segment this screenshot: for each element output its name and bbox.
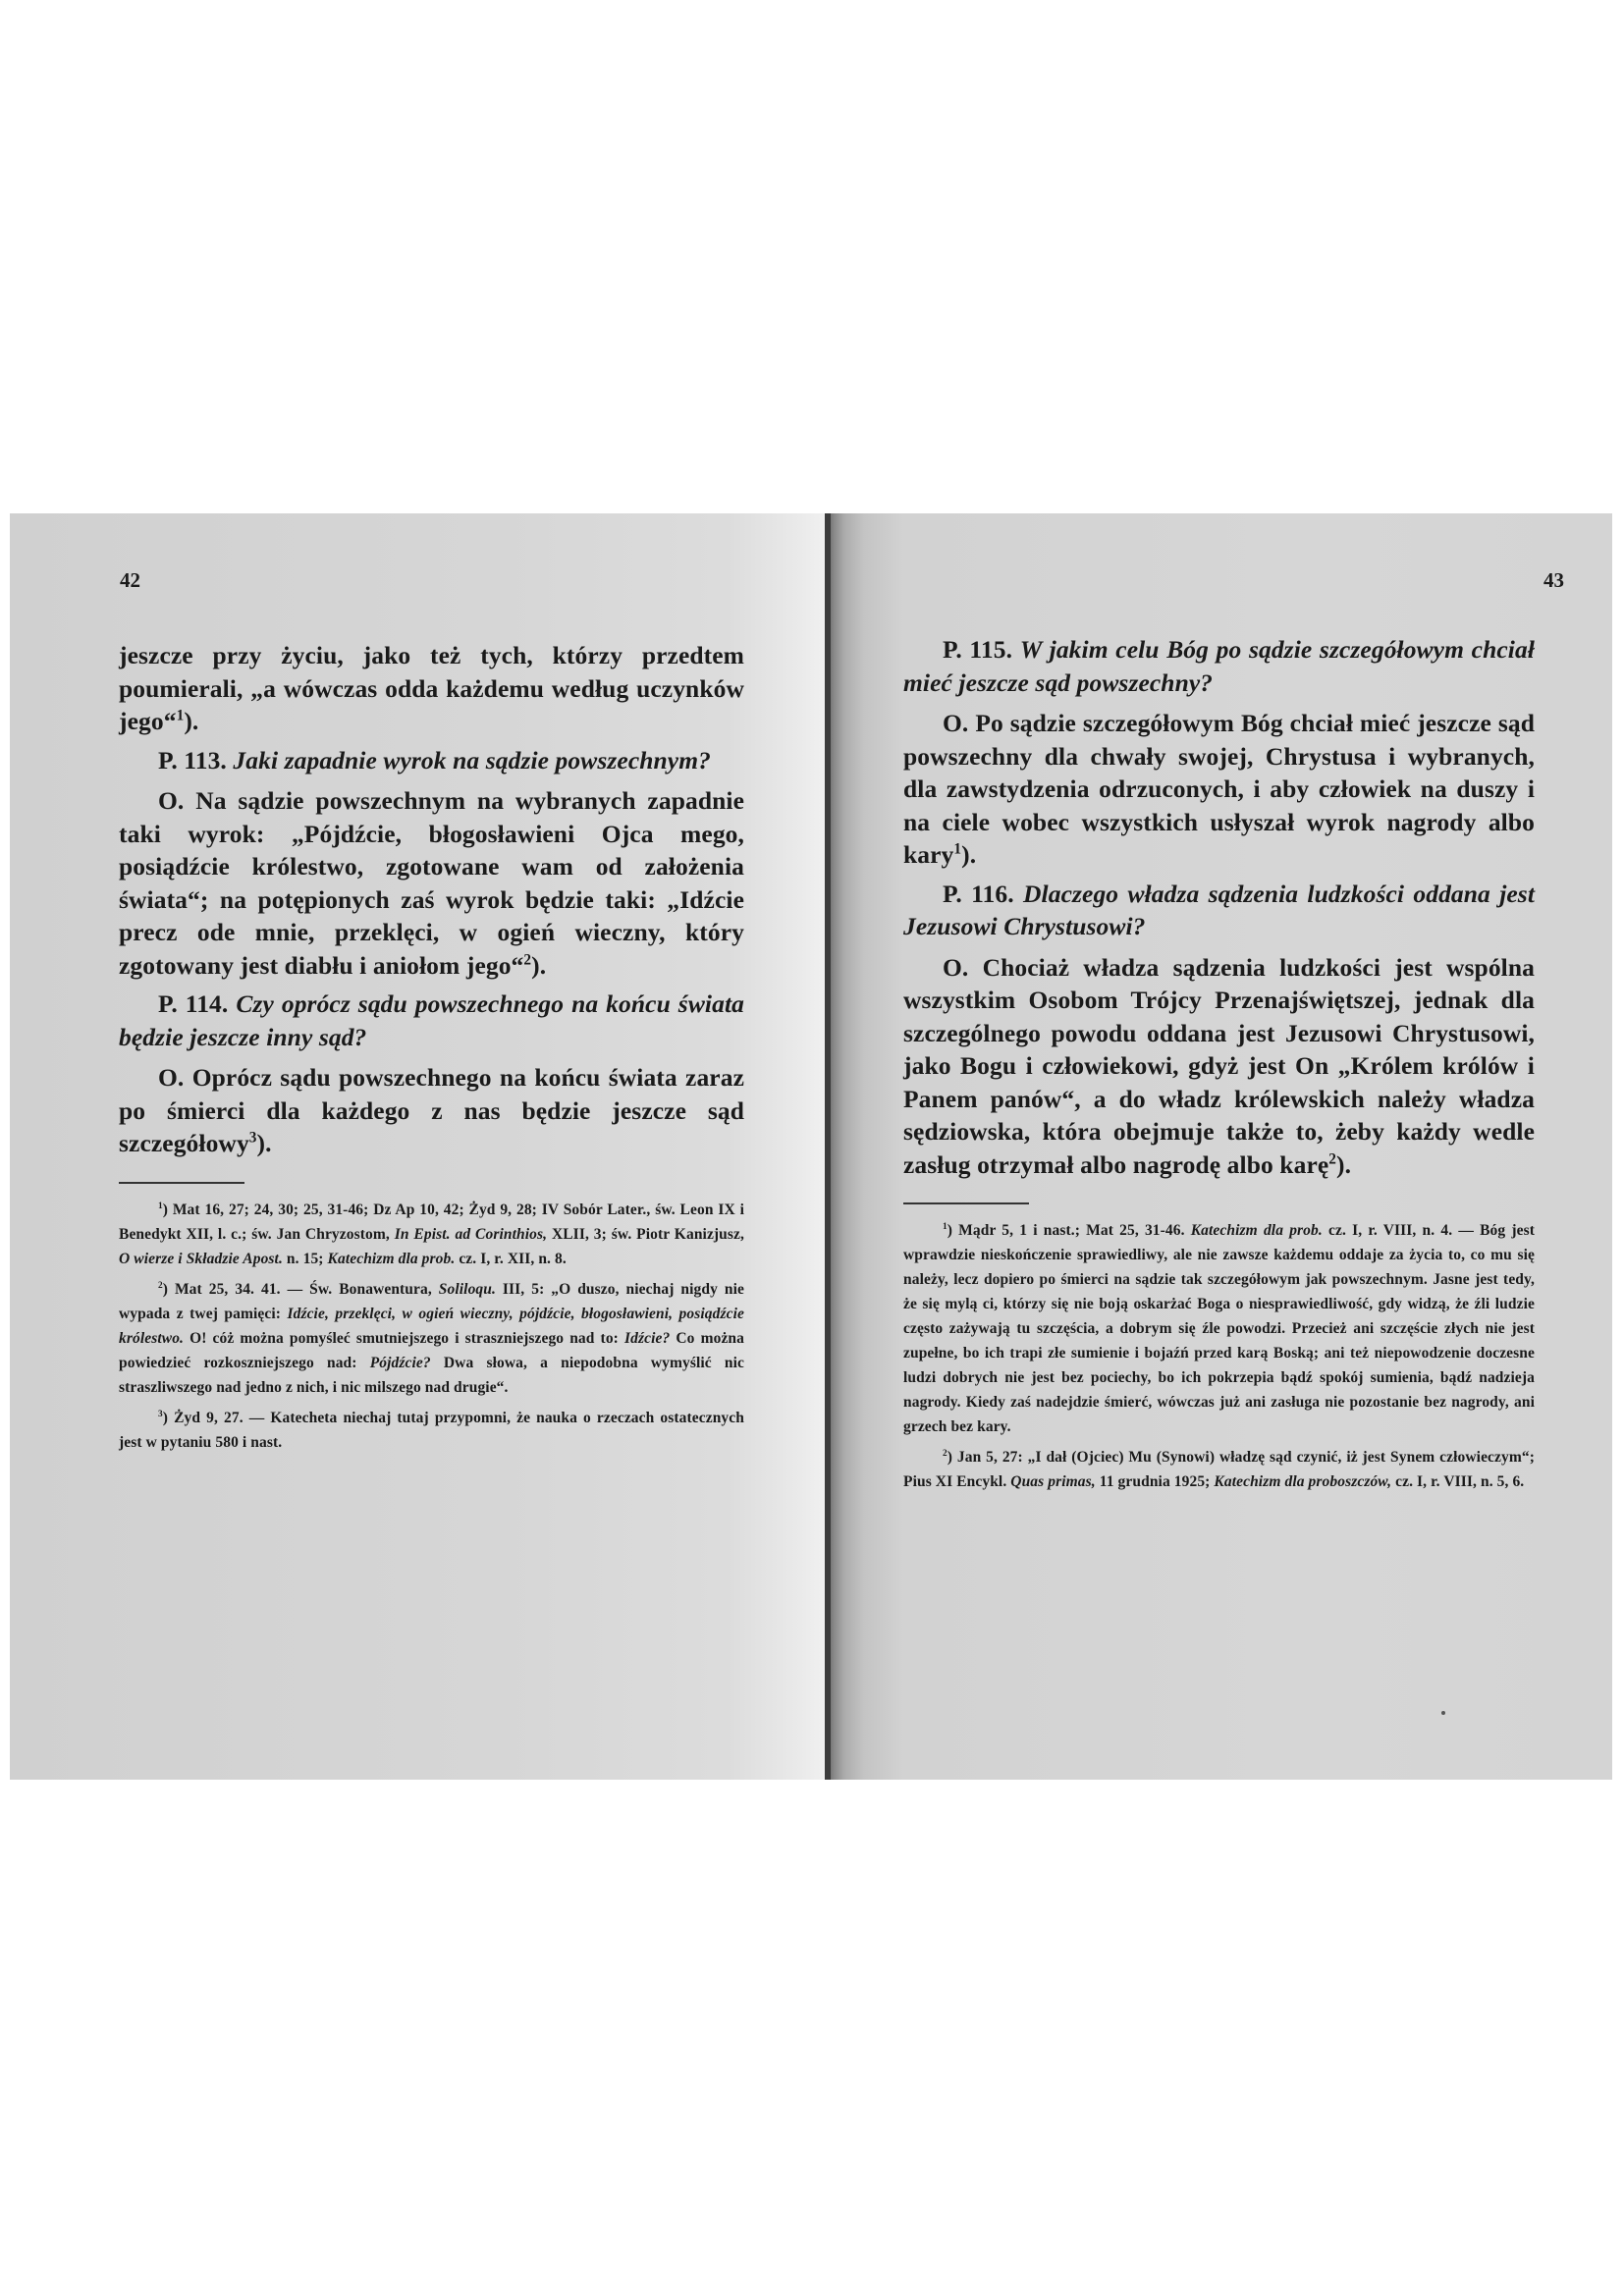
footnote-marker: 3 xyxy=(158,1409,163,1418)
footnote: 2) Mat 25, 34. 41. — Św. Bonawentura, So… xyxy=(119,1277,744,1400)
footnote-marker: 2 xyxy=(943,1449,947,1459)
footnote-marker: 2 xyxy=(158,1280,163,1290)
footnote-ref: 3 xyxy=(249,1130,257,1147)
continuation-paragraph: jeszcze przy życiu, jako też tych, którz… xyxy=(119,639,744,738)
question-label: P. 113. xyxy=(158,746,227,774)
footnote-ref: 2 xyxy=(523,951,531,968)
footnote: 2) Jan 5, 27: „I dał (Ojciec) Mu (Synowi… xyxy=(903,1445,1535,1494)
footnote-ref: 2 xyxy=(1328,1150,1336,1167)
page-number-right: 43 xyxy=(1543,568,1564,593)
answer-115: O. Po sądzie szczegółowym Bóg chciał mie… xyxy=(903,707,1535,872)
question-label: P. 116. xyxy=(943,880,1014,908)
right-footnotes: 1) Mądr 5, 1 i nast.; Mat 25, 31-46. Kat… xyxy=(903,1218,1535,1494)
question-113: P. 113. Jaki zapadnie wyrok na sądzie po… xyxy=(119,744,744,777)
question-text: Jaki zapadnie wyrok na sądzie powszechny… xyxy=(233,746,711,774)
question-label: P. 115. xyxy=(943,635,1012,664)
right-page-body: P. 115. W jakim celu Bóg po sądzie szcze… xyxy=(903,633,1535,1500)
footnote: 3) Żyd 9, 27. — Katecheta niechaj tutaj … xyxy=(119,1406,744,1455)
question-114: P. 114. Czy oprócz sądu powszechnego na … xyxy=(119,988,744,1053)
answer-116: O. Chociaż władza sądzenia ludzkości jes… xyxy=(903,951,1535,1182)
book-gutter xyxy=(825,513,831,1780)
footnote-marker: 1 xyxy=(158,1201,163,1210)
question-115: P. 115. W jakim celu Bóg po sądzie szcze… xyxy=(903,633,1535,699)
question-label: P. 114. xyxy=(158,989,228,1018)
footnote-divider xyxy=(119,1182,244,1184)
footnote: 1) Mat 16, 27; 24, 30; 25, 31-46; Dz Ap … xyxy=(119,1198,744,1271)
footnote-ref: 1 xyxy=(177,708,185,724)
left-page: 42 jeszcze przy życiu, jako też tych, kt… xyxy=(10,513,825,1780)
answer-113: O. Na sądzie powszechnym na wybranych za… xyxy=(119,784,744,982)
scanned-book-spread: 42 jeszcze przy życiu, jako też tych, kt… xyxy=(10,513,1612,1780)
footnote: 1) Mądr 5, 1 i nast.; Mat 25, 31-46. Kat… xyxy=(903,1218,1535,1439)
scan-artifact xyxy=(1441,1711,1445,1715)
right-page: 43 P. 115. W jakim celu Bóg po sądzie sz… xyxy=(825,513,1612,1780)
left-footnotes: 1) Mat 16, 27; 24, 30; 25, 31-46; Dz Ap … xyxy=(119,1198,744,1455)
footnote-ref: 1 xyxy=(953,841,961,858)
page-number-left: 42 xyxy=(120,568,140,593)
answer-114: O. Oprócz sądu powszechnego na końcu świ… xyxy=(119,1061,744,1160)
question-116: P. 116. Dlaczego władza sądzenia ludzkoś… xyxy=(903,878,1535,943)
left-page-body: jeszcze przy życiu, jako też tych, którz… xyxy=(119,639,744,1461)
footnote-divider xyxy=(903,1202,1029,1204)
footnote-marker: 1 xyxy=(943,1222,947,1232)
